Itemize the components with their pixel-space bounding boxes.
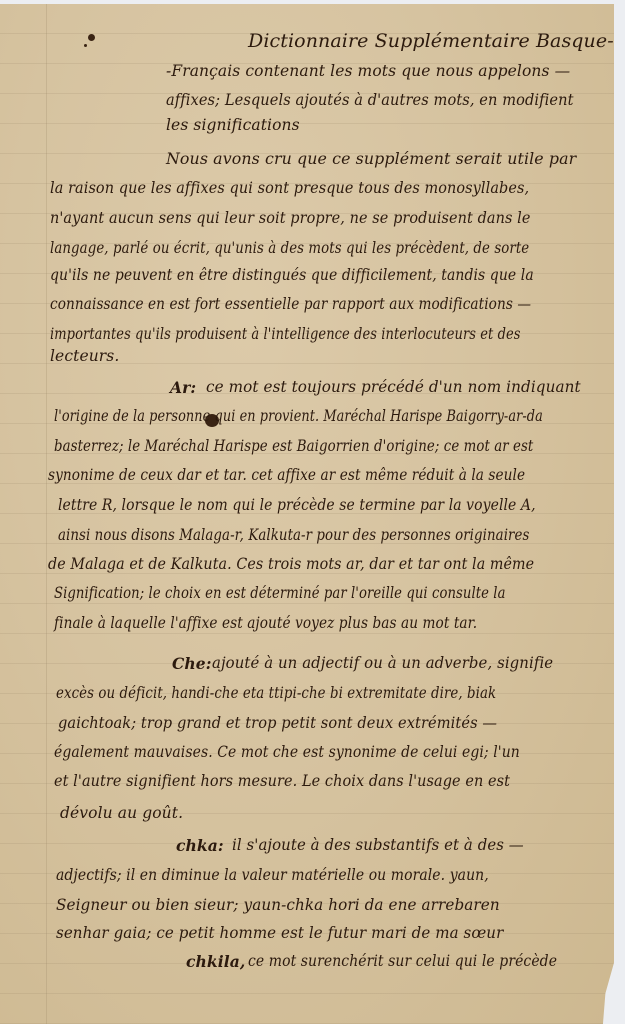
entry-line: adjectifs; il en diminue la valeur matér… <box>56 866 489 884</box>
entry-line: l'origine de la personne qui en provient… <box>54 407 543 425</box>
entry-line: basterrez; le Maréchal Harispe est Baigo… <box>54 437 533 455</box>
intro-line: la raison que les affixes qui sont presq… <box>50 179 529 197</box>
entry-line: ce mot surenchérit sur celui qui le préc… <box>248 952 557 970</box>
entry-line: senhar gaia; ce petit homme est le futur… <box>56 924 503 942</box>
entry-line: excès ou déficit, handi-che eta ttipi-ch… <box>56 684 496 702</box>
intro-line: qu'ils ne peuvent en être distingués que… <box>50 266 534 284</box>
manuscript-page: Dictionnaire Supplémentaire Basque- -Fra… <box>0 4 614 1024</box>
entry-line: également mauvaises. Ce mot che est syno… <box>54 743 520 761</box>
intro-line: langage, parlé ou écrit, qu'unis à des m… <box>50 239 529 257</box>
entry-line: ainsi nous disons Malaga-r, Kalkuta-r po… <box>58 526 529 544</box>
intro-line: lecteurs. <box>50 347 119 365</box>
entry-line: ajouté à un adjectif ou à un adverbe, si… <box>212 654 553 672</box>
entry-term-chka: chka: <box>176 836 224 855</box>
entry-line: gaichtoak; trop grand et trop petit sont… <box>58 714 497 732</box>
entry-line: synonime de ceux dar et tar. cet affixe … <box>48 466 525 484</box>
entry-term-ar: Ar: <box>170 378 196 397</box>
entry-term-chkila: chkila, <box>186 952 245 971</box>
entry-line: Signification; le choix en est déterminé… <box>54 584 506 602</box>
entry-line: lettre R, lorsque le nom qui le précède … <box>58 496 536 514</box>
entry-term-che: Che: <box>172 654 212 673</box>
entry-line: dévolu au goût. <box>60 804 183 822</box>
ink-blot <box>84 44 87 47</box>
intro-line: Nous avons cru que ce supplément serait … <box>166 150 576 168</box>
entry-line: et l'autre signifient hors mesure. Le ch… <box>54 772 510 790</box>
entry-line: il s'ajoute à des substantifs et à des — <box>232 836 524 854</box>
entry-line: finale à laquelle l'affixe est ajouté vo… <box>54 614 477 632</box>
entry-line: Seigneur ou bien sieur; yaun-chka hori d… <box>56 896 500 914</box>
intro-line: importantes qu'ils produisent à l'intell… <box>50 325 521 343</box>
intro-line: connaissance en est fort essentielle par… <box>50 295 531 313</box>
entry-line: ce mot est toujours précédé d'un nom ind… <box>206 378 581 396</box>
document-title-line-1: Dictionnaire Supplémentaire Basque- <box>248 30 614 52</box>
document-title-line-4: les significations <box>166 116 300 134</box>
margin-rule <box>46 4 47 1024</box>
entry-line: de Malaga et de Kalkuta. Ces trois mots … <box>48 555 534 573</box>
document-title-line-3: affixes; Lesquels ajoutés à d'autres mot… <box>166 91 574 109</box>
intro-line: n'ayant aucun sens qui leur soit propre,… <box>50 209 530 227</box>
document-title-line-2: -Français contenant les mots que nous ap… <box>166 62 570 80</box>
ink-blot <box>88 34 95 41</box>
